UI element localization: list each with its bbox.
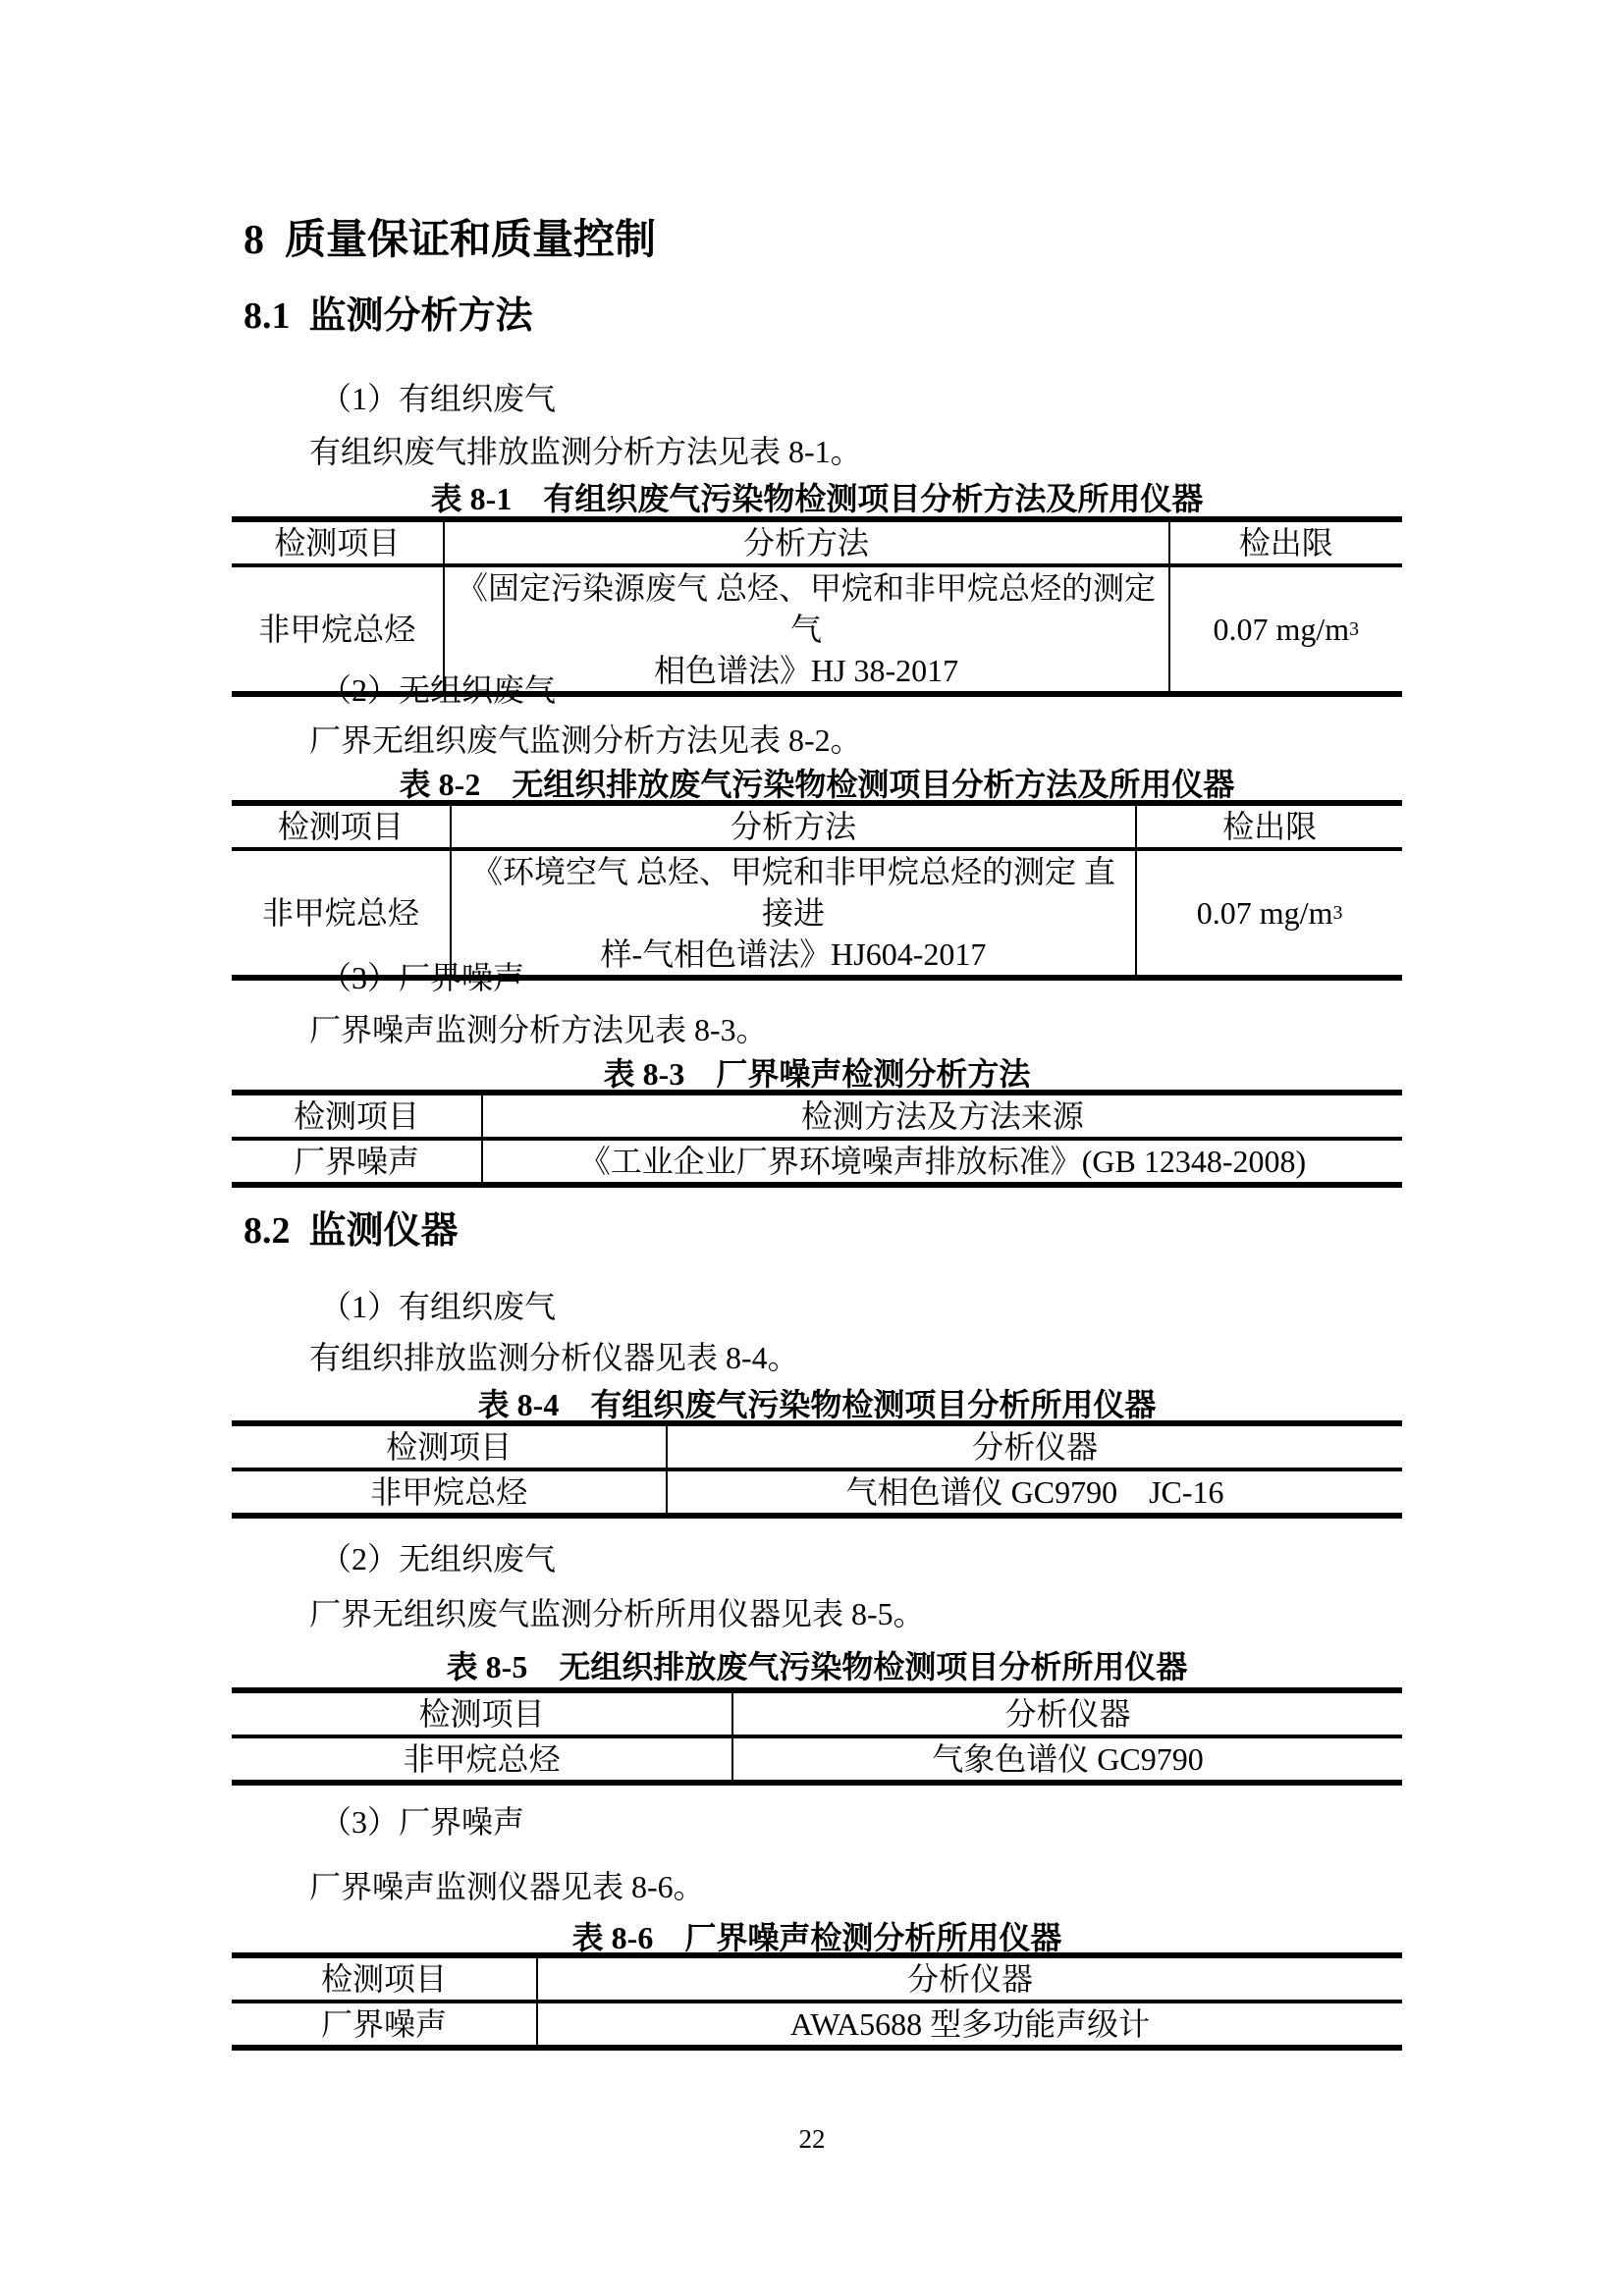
list-item-marker: （2）无组织废气 [320, 670, 556, 712]
paragraph: 厂界无组织废气监测分析方法见表 8-2。 [309, 721, 862, 762]
table-caption: 表 8-1 有组织废气污染物检测项目分析方法及所用仪器 [232, 479, 1402, 520]
table-header-cell: 检测项目 [232, 1095, 481, 1137]
table-8-4: 检测项目 分析仪器 非甲烷总烃 气相色谱仪 GC9790 JC-16 [232, 1420, 1402, 1519]
table-cell-method: 《环境空气 总烃、甲烷和非甲烷总烃的测定 直接进 样-气相色谱法》HJ604-2… [450, 851, 1136, 975]
table-header-cell: 检出限 [1135, 806, 1402, 847]
table-row: 厂界噪声 AWA5688 型多功能声级计 [232, 2003, 1402, 2045]
chapter-heading: 8 质量保证和质量控制 [244, 216, 656, 265]
table-header-cell: 检测方法及方法来源 [481, 1095, 1402, 1137]
table-cell-instrument: 气相色谱仪 GC9790 JC-16 [666, 1471, 1402, 1513]
list-item-marker: （1）有组织废气 [320, 1287, 556, 1328]
limit-value: 0.07 mg/m [1197, 892, 1333, 934]
table-8-6: 检测项目 分析仪器 厂界噪声 AWA5688 型多功能声级计 [232, 1952, 1402, 2051]
table-cell-instrument: AWA5688 型多功能声级计 [536, 2003, 1402, 2045]
paragraph: 厂界无组织废气监测分析所用仪器见表 8-5。 [309, 1594, 925, 1635]
section-heading-8-1: 8.1 监测分析方法 [244, 294, 533, 340]
list-item-marker: （3）厂界噪声 [320, 1802, 524, 1843]
table-8-3: 检测项目 检测方法及方法来源 厂界噪声 《工业企业厂界环境噪声排放标准》(GB … [232, 1090, 1402, 1188]
table-cell-item: 非甲烷总烃 [232, 1471, 666, 1513]
section-heading-8-2: 8.2 监测仪器 [244, 1209, 459, 1255]
table-header-cell: 检测项目 [232, 1426, 666, 1468]
paragraph: 厂界噪声监测仪器见表 8-6。 [309, 1867, 705, 1908]
page-number: 22 [0, 2124, 1624, 2155]
table-header-cell: 检测项目 [232, 1958, 536, 2000]
table-cell-method: 《工业企业厂界环境噪声排放标准》(GB 12348-2008) [481, 1141, 1402, 1182]
table-header-cell: 检测项目 [232, 806, 450, 847]
table-header-row: 检测项目 检测方法及方法来源 [232, 1095, 1402, 1141]
table-row: 非甲烷总烃 气象色谱仪 GC9790 [232, 1738, 1402, 1780]
table-8-2: 检测项目 分析方法 检出限 非甲烷总烃 《环境空气 总烃、甲烷和非甲烷总烃的测定… [232, 800, 1402, 981]
table-header-cell: 检出限 [1168, 522, 1402, 563]
table-header-cell: 检测项目 [232, 522, 443, 563]
table-header-cell: 分析仪器 [731, 1693, 1402, 1735]
table-cell-item: 非甲烷总烃 [232, 1738, 731, 1780]
table-header-cell: 分析方法 [443, 522, 1168, 563]
table-caption: 表 8-5 无组织排放废气污染物检测项目分析所用仪器 [232, 1647, 1402, 1688]
list-item-marker: （3）厂界噪声 [320, 958, 524, 999]
table-cell-item: 厂界噪声 [232, 2003, 536, 2045]
table-row: 厂界噪声 《工业企业厂界环境噪声排放标准》(GB 12348-2008) [232, 1141, 1402, 1182]
table-row: 非甲烷总烃 《环境空气 总烃、甲烷和非甲烷总烃的测定 直接进 样-气相色谱法》H… [232, 851, 1402, 975]
table-8-5: 检测项目 分析仪器 非甲烷总烃 气象色谱仪 GC9790 [232, 1687, 1402, 1786]
table-header-cell: 分析仪器 [666, 1426, 1402, 1468]
table-header-row: 检测项目 分析方法 检出限 [232, 522, 1402, 567]
list-item-marker: （2）无组织废气 [320, 1539, 556, 1580]
table-cell-item: 厂界噪声 [232, 1141, 481, 1182]
table-header-row: 检测项目 分析仪器 [232, 1426, 1402, 1471]
table-cell-item: 非甲烷总烃 [232, 851, 450, 975]
paragraph: 有组织排放监测分析仪器见表 8-4。 [309, 1338, 799, 1379]
table-header-cell: 分析仪器 [536, 1958, 1402, 2000]
limit-value: 0.07 mg/m [1213, 609, 1349, 650]
table-header-cell: 分析方法 [450, 806, 1136, 847]
table-cell-limit: 0.07 mg/m3 [1168, 567, 1402, 691]
table-header-row: 检测项目 分析仪器 [232, 1693, 1402, 1738]
paragraph: 厂界噪声监测分析方法见表 8-3。 [309, 1010, 768, 1051]
list-item-marker: （1）有组织废气 [320, 379, 556, 420]
document-page: 8 质量保证和质量控制 8.1 监测分析方法 （1）有组织废气 有组织废气排放监… [0, 0, 1624, 2296]
table-cell-instrument: 气象色谱仪 GC9790 [731, 1738, 1402, 1780]
table-cell-limit: 0.07 mg/m3 [1135, 851, 1402, 975]
table-header-cell: 检测项目 [232, 1693, 731, 1735]
paragraph: 有组织废气排放监测分析方法见表 8-1。 [309, 432, 862, 473]
table-header-row: 检测项目 分析方法 检出限 [232, 806, 1402, 851]
table-row: 非甲烷总烃 气相色谱仪 GC9790 JC-16 [232, 1471, 1402, 1513]
table-header-row: 检测项目 分析仪器 [232, 1958, 1402, 2003]
